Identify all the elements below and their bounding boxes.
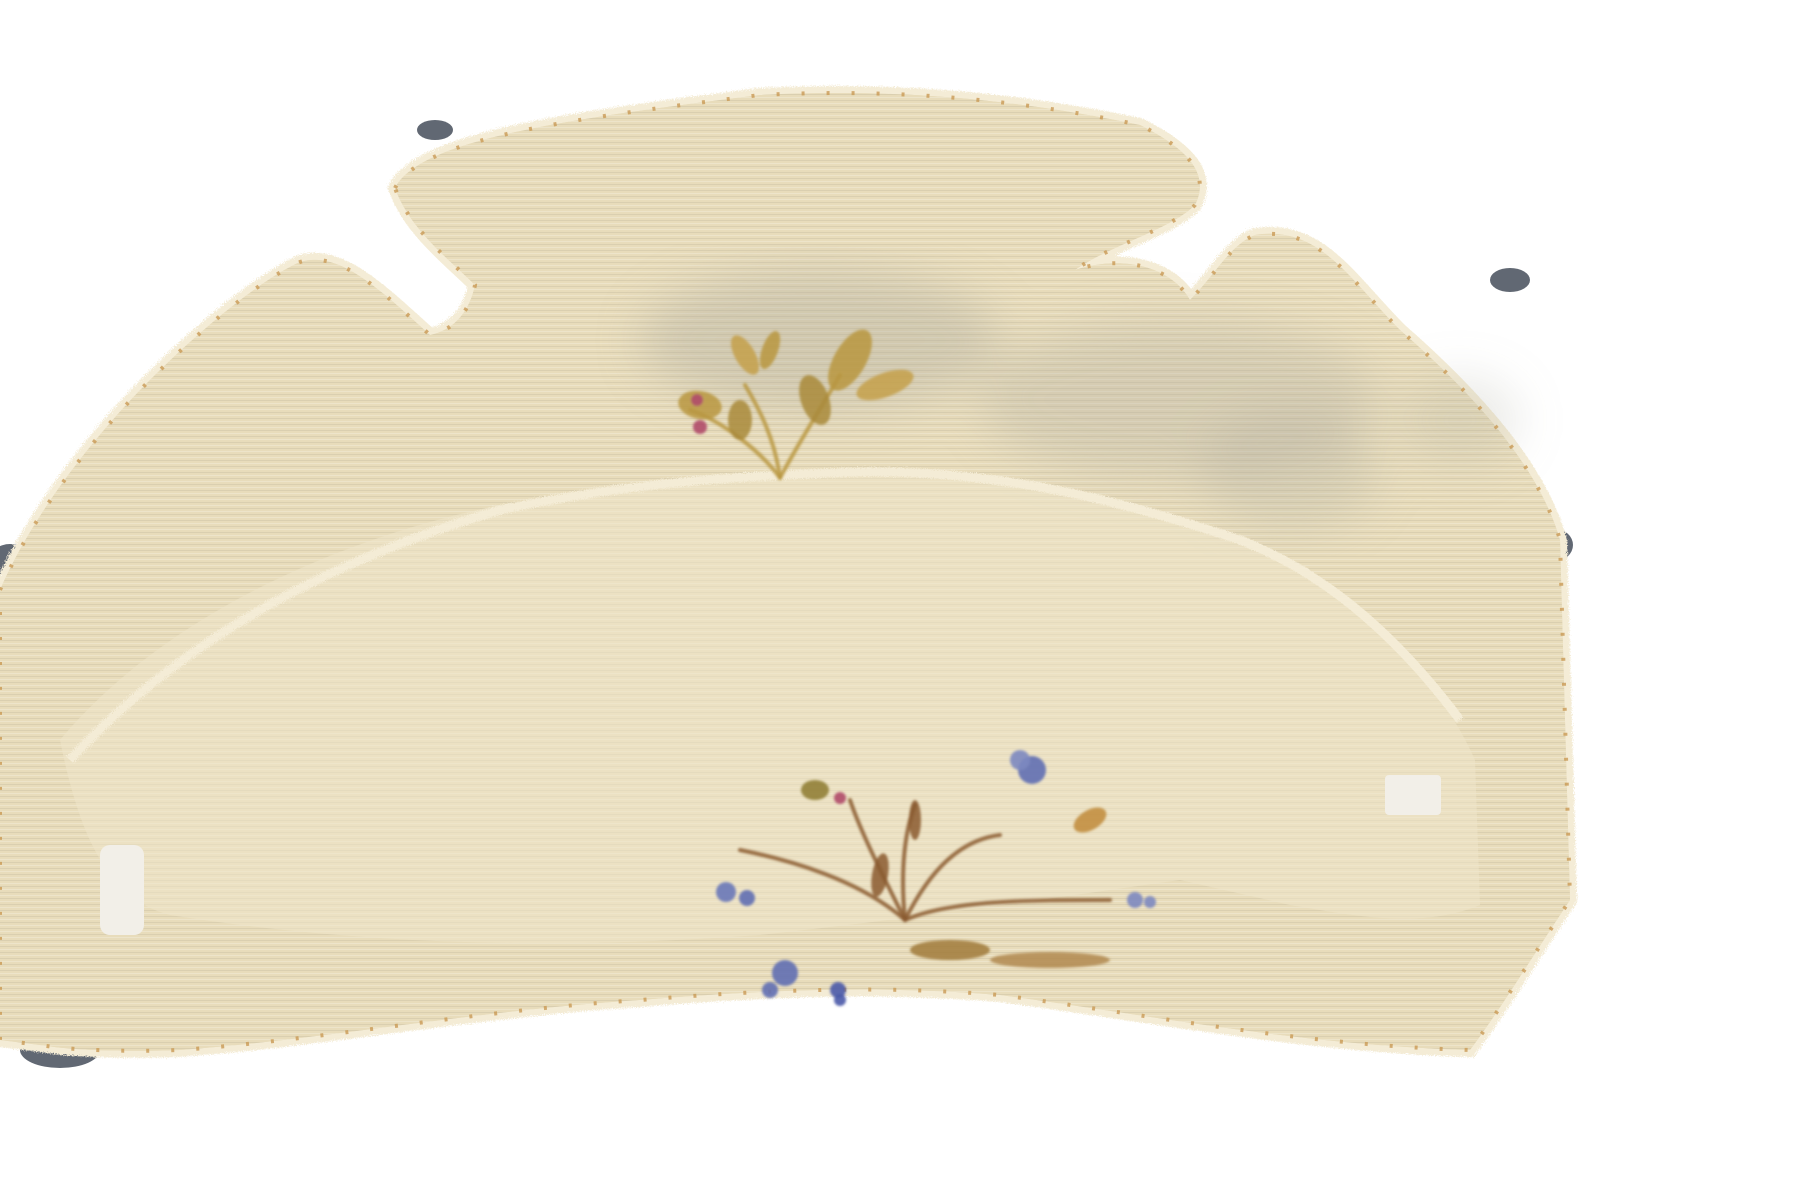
leaf — [910, 940, 990, 960]
textile-photograph — [0, 0, 1800, 1200]
dark-backing-spot — [417, 120, 453, 140]
flower-bloom — [739, 890, 755, 906]
flower-bloom — [834, 994, 846, 1006]
leaf — [990, 952, 1110, 968]
grey-stain — [1400, 375, 1520, 465]
flower-bloom — [762, 982, 778, 998]
flower-bloom — [1144, 896, 1156, 908]
flower-bloom — [1010, 750, 1030, 770]
dark-backing-spot — [1490, 268, 1530, 292]
flower-bloom — [772, 960, 798, 986]
flower-bloom — [834, 792, 846, 804]
paper-tab — [100, 845, 144, 935]
leaf — [801, 780, 829, 800]
grey-stain — [1200, 410, 1380, 530]
paper-tab — [1385, 775, 1441, 815]
leaf — [728, 400, 752, 440]
flower-bloom — [693, 420, 707, 434]
flower-bloom — [691, 394, 703, 406]
leaf — [909, 800, 921, 840]
flower-bloom — [716, 882, 736, 902]
flower-bloom — [1127, 892, 1143, 908]
